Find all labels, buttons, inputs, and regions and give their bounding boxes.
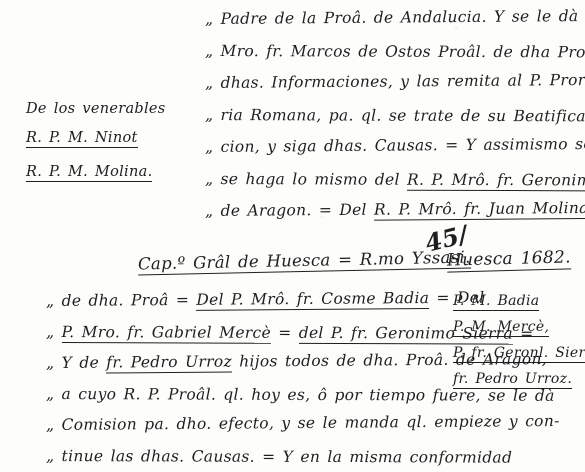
manuscript-line: „ Y de fr. Pedro Urroz hijos todos de dh… (46, 345, 466, 379)
entry-heading: Cap.º Grâl de Huesca = R.mo Yssasi. (138, 248, 471, 276)
line-text: „ de dha. Proâ = (46, 291, 196, 310)
dateline: Huesca 1682. (447, 247, 571, 272)
line-text: „ dhas. Informaciones, y las remita al P… (205, 70, 585, 92)
manuscript-line: „ cion, y siga dhas. Causas. = Y assimis… (205, 128, 585, 163)
margin-name: P. M. Badia (453, 293, 539, 311)
manuscript-line: „ de dha. Proâ = Del P. Mrô. fr. Cosme B… (46, 283, 466, 317)
margin-name: P. M. Mercè, (453, 319, 549, 337)
line-text: „ (46, 323, 62, 341)
margin-name: R. P. M. Ninot (26, 130, 138, 148)
left-margin-names: R. P. M. NinotR. P. M. Molina. (26, 130, 196, 198)
margin-name: P. fr. Geronl. Sierra (453, 345, 585, 363)
line-text: „ Padre de la Proâ. de Andalucia. Y se l… (205, 6, 585, 28)
underlined-name: P. Mro. fr. Gabriel Mercè (62, 323, 271, 344)
margin-heading: De los venerables (26, 101, 196, 117)
margin-name-row: fr. Pedro Urroz. (453, 368, 585, 394)
manuscript-line: „ tinue las dhas. Causas. = Y en la mism… (46, 441, 466, 472)
underlined-name: R. P. Mrô. fr. Juan Molina (374, 199, 585, 221)
manuscript-line: „ dhas. Informaciones, y las remita al P… (205, 64, 585, 99)
line-text: = (271, 324, 299, 342)
underlined-name: fr. Pedro Urroz (106, 353, 232, 374)
line-text: „ Mro. fr. Marcos de Ostos Proâl. de dha… (205, 42, 585, 62)
line-text: „ Comision pa. dho. efecto, y se le mand… (46, 412, 560, 434)
margin-name-row: R. P. M. Molina. (26, 164, 196, 198)
margin-name-row: P. fr. Geronl. Sierra (453, 342, 585, 368)
line-text: „ se haga lo mismo del (205, 170, 407, 189)
right-margin-names: P. M. BadiaP. M. Mercè,P. fr. Geronl. Si… (453, 290, 585, 394)
margin-name-row: R. P. M. Ninot (26, 130, 196, 164)
manuscript-line: „ de Aragon. = Del R. P. Mrô. fr. Juan M… (205, 192, 585, 227)
line-text: „ cion, y siga dhas. Causas. = Y assimis… (205, 134, 585, 156)
manuscript-line: „ Padre de la Proâ. de Andalucia. Y se l… (205, 0, 585, 35)
line-text: „ tinue las dhas. Causas. = Y en la mism… (46, 447, 512, 467)
manuscript-line: „ Comision pa. dho. efecto, y se le mand… (46, 407, 466, 441)
margin-name-row: P. M. Badia (453, 290, 585, 316)
underlined-name: Del P. Mrô. fr. Cosme Badia (196, 289, 429, 311)
line-text: „ ria Romana, pa. ql. se trate de su Bea… (205, 106, 585, 126)
margin-name: fr. Pedro Urroz. (453, 371, 572, 389)
margin-name: R. P. M. Molina. (26, 164, 152, 182)
line-text: „ de Aragon. = Del (205, 201, 374, 220)
entry-andalucia-lines: „ Padre de la Proâ. de Andalucia. Y se l… (205, 3, 585, 227)
underlined-name: R. P. Mrô. fr. Geronimo Ninot (407, 171, 585, 192)
left-margin-note: De los venerables R. P. M. NinotR. P. M.… (26, 101, 196, 198)
line-text: „ Y de (46, 354, 106, 372)
margin-name-row: P. M. Mercè, (453, 316, 585, 342)
entry-huesca-lines: „ de dha. Proâ = Del P. Mrô. fr. Cosme B… (46, 286, 466, 472)
manuscript-page: „ Padre de la Proâ. de Andalucia. Y se l… (0, 0, 585, 472)
